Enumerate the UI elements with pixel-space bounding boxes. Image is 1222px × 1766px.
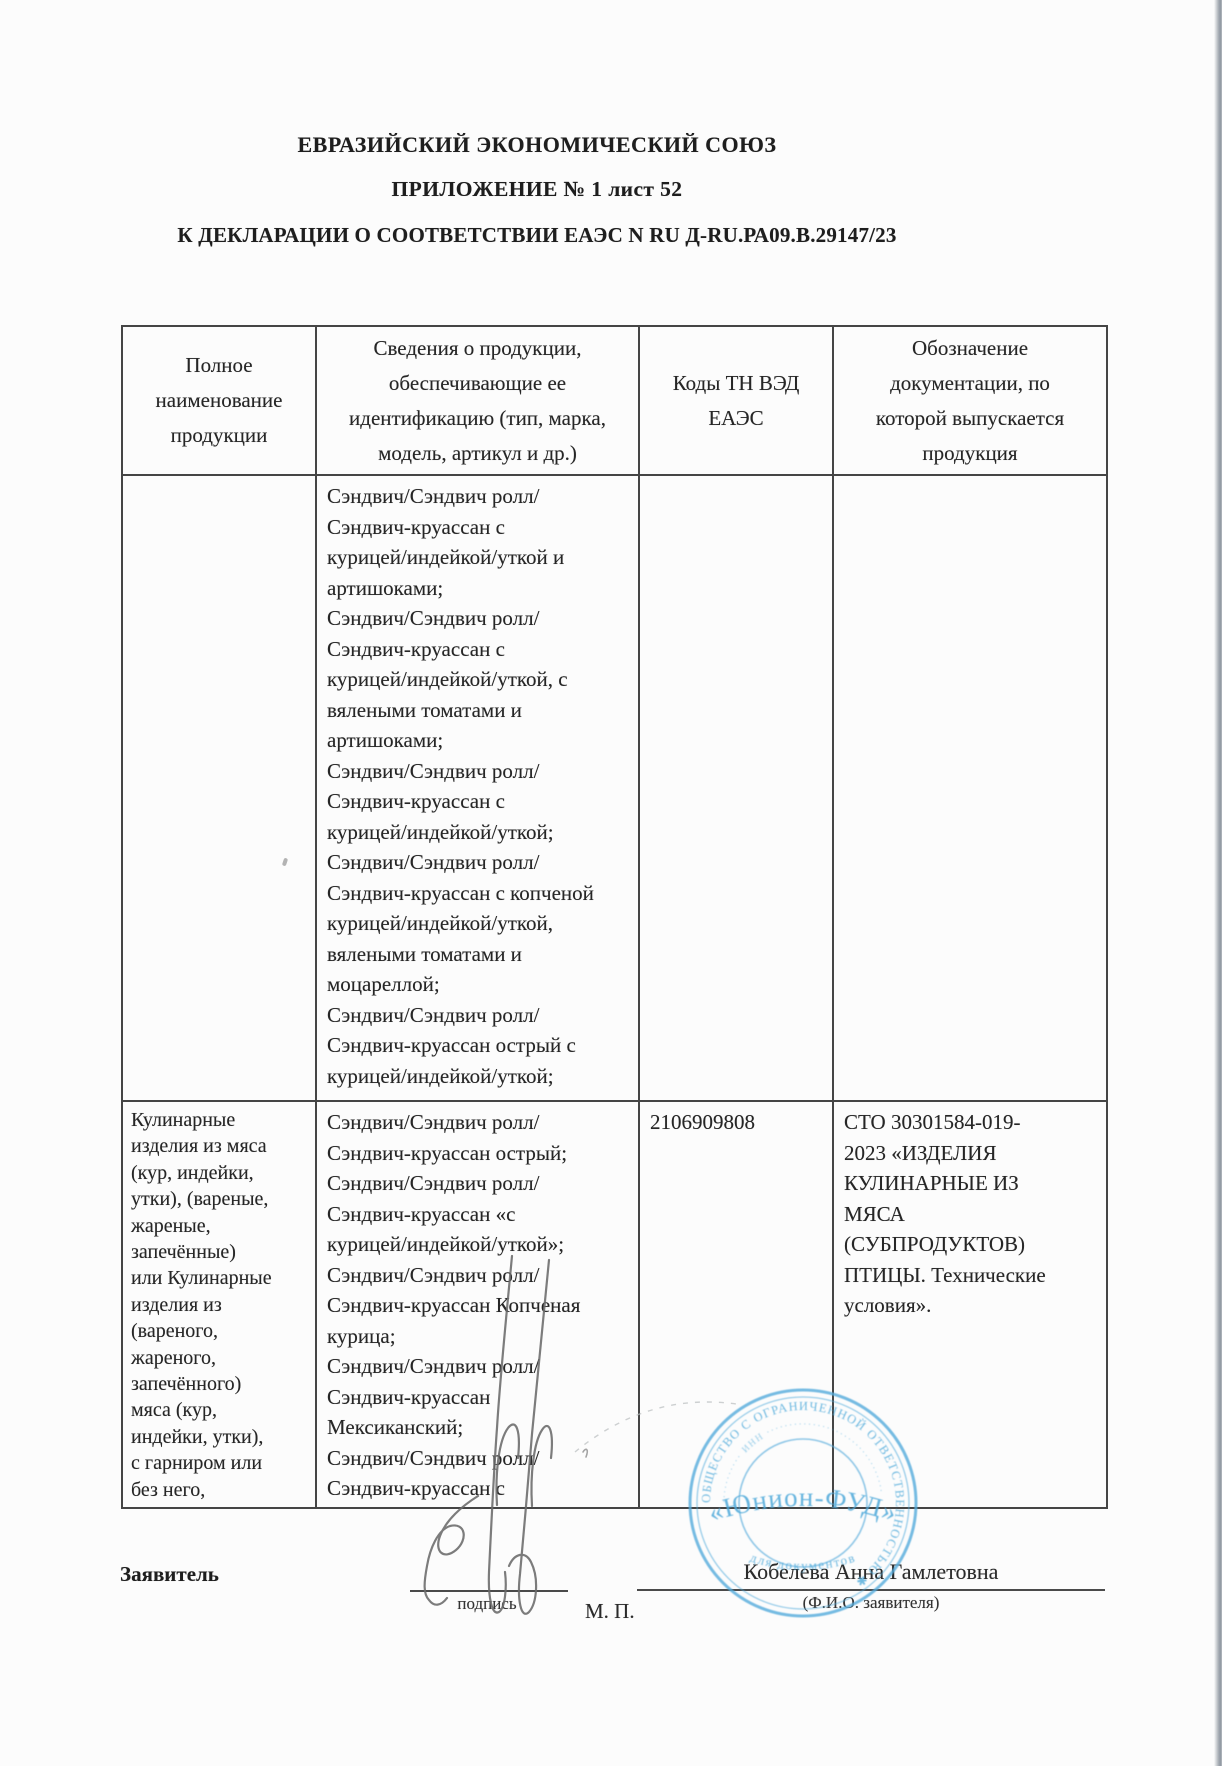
cell-documentation: СТО 30301584-019- 2023 «ИЗДЕЛИЯ КУЛИНАРН… bbox=[833, 1101, 1107, 1508]
document-title: ЕВРАЗИЙСКИЙ ЭКОНОМИЧЕСКИЙ СОЮЗ bbox=[0, 132, 1074, 158]
table-header-row: Полное наименование продукции Сведения о… bbox=[122, 326, 1107, 475]
cell-tnved-code: 2106909808 bbox=[639, 1101, 833, 1508]
scanned-declaration-page: ЕВРАЗИЙСКИЙ ЭКОНОМИЧЕСКИЙ СОЮЗ ПРИЛОЖЕНИ… bbox=[0, 0, 1222, 1766]
header-product-name: Полное наименование продукции bbox=[122, 326, 316, 475]
cell-product-name: Кулинарные изделия из мяса (кур, индейки… bbox=[122, 1101, 316, 1508]
applicant-name: Кобелева Анна Гамлетовна bbox=[637, 1559, 1105, 1585]
table-row: Сэндвич/Сэндвич ролл/ Сэндвич-круассан с… bbox=[122, 475, 1107, 1101]
products-table: Полное наименование продукции Сведения о… bbox=[121, 325, 1108, 1509]
cell-documentation bbox=[833, 475, 1107, 1101]
document-subtitle: ПРИЛОЖЕНИЕ № 1 лист 52 bbox=[0, 177, 1074, 202]
signature-caption: подпись bbox=[408, 1594, 566, 1614]
cell-product-details: Сэндвич/Сэндвич ролл/ Сэндвич-круассан о… bbox=[316, 1101, 639, 1508]
cell-tnved-code bbox=[639, 475, 833, 1101]
declaration-number-line: К ДЕКЛАРАЦИИ О СООТВЕТСТВИИ ЕАЭС N RU Д-… bbox=[0, 223, 1074, 248]
applicant-name-caption: (Ф.И.О. заявителя) bbox=[637, 1593, 1105, 1613]
scan-edge-line bbox=[1214, 0, 1222, 1766]
header-tnved-codes: Коды ТН ВЭД ЕАЭС bbox=[639, 326, 833, 475]
signature-line bbox=[410, 1590, 568, 1592]
header-product-details: Сведения о продукции, обеспечивающие ее … bbox=[316, 326, 639, 475]
cell-product-details: Сэндвич/Сэндвич ролл/ Сэндвич-круассан с… bbox=[316, 475, 639, 1101]
seal-place-abbr: М. П. bbox=[585, 1599, 635, 1624]
applicant-label: Заявитель bbox=[120, 1562, 219, 1587]
header-documentation: Обозначение документации, по которой вып… bbox=[833, 326, 1107, 475]
table-row: Кулинарные изделия из мяса (кур, индейки… bbox=[122, 1101, 1107, 1508]
applicant-name-line bbox=[637, 1589, 1105, 1591]
cell-product-name bbox=[122, 475, 316, 1101]
